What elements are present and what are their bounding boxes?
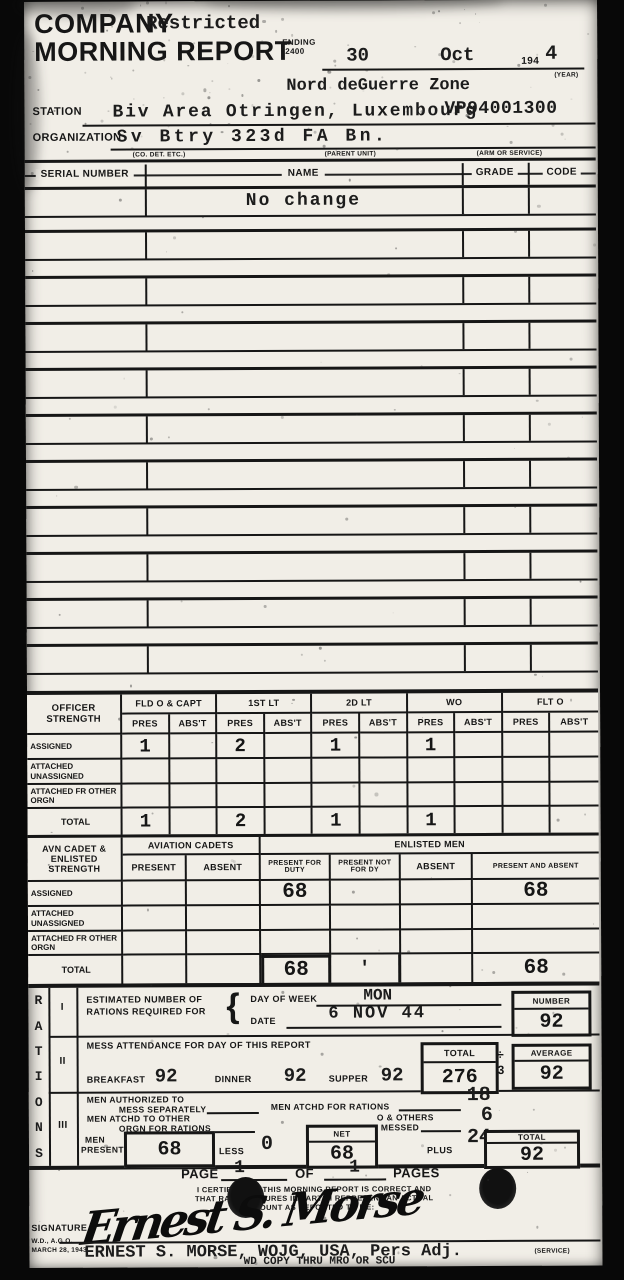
- roster-empty-row: [26, 366, 597, 399]
- officer-cell: [218, 784, 266, 808]
- enlisted-cell: [401, 954, 473, 982]
- officer-cell: [170, 808, 218, 834]
- officer-cell: [265, 808, 313, 834]
- supper-value: 92: [381, 1064, 404, 1086]
- rations-total-value: 92: [487, 1144, 577, 1167]
- officer-cell: [503, 733, 551, 758]
- enlisted-cell: [187, 931, 261, 955]
- location-code-stamp: VP94001300: [444, 99, 557, 119]
- officer-row-label-total: TOTAL: [28, 809, 123, 835]
- roster-empty-row: [25, 320, 596, 353]
- officer-cell: [551, 733, 599, 758]
- roster-empty-row: [27, 596, 598, 629]
- officer-cell: [360, 758, 408, 783]
- officer-cell: 1: [122, 734, 170, 759]
- rations-letter: O: [35, 1095, 43, 1110]
- officer-cell: [551, 807, 599, 833]
- enlisted-cell: 68: [261, 955, 331, 983]
- officer-cell: [170, 759, 218, 784]
- scan-smudge: [204, 0, 504, 11]
- officer-cell: [360, 807, 408, 833]
- officer-cell: [503, 758, 551, 783]
- officer-cell: [360, 783, 408, 807]
- restricted-stamp: Restricted: [146, 12, 260, 34]
- date-year-value: 4: [545, 43, 557, 66]
- punch-hole-right: [479, 1168, 516, 1209]
- officer-corner-label: OFFICER STRENGTH: [27, 695, 122, 735]
- organization-value: Sv Btry 323d FA Bn.: [117, 126, 389, 147]
- enlisted-row-label: ASSIGNED: [28, 882, 123, 907]
- enlisted-cell: [401, 905, 473, 930]
- enlisted-row-label: ATTACHED FR OTHER ORGN: [28, 932, 123, 956]
- number-box-label: NUMBER: [514, 994, 588, 1010]
- roster-empty-row: [27, 642, 598, 675]
- ending-time: 2400: [285, 48, 304, 57]
- officer-subhead-abst: ABS'T: [455, 713, 503, 733]
- officer-subhead-pres: PRES: [217, 714, 265, 734]
- enlisted-cell: [187, 955, 261, 983]
- enlisted-col-present: PRESENT: [123, 855, 187, 881]
- officer-cell: [408, 783, 456, 807]
- rations-date-value: 6 NOV 44: [328, 1004, 426, 1023]
- pages-number: 1: [349, 1158, 360, 1178]
- roster-entry-text: No change: [145, 190, 462, 211]
- rations-total-box: TOTAL 92: [484, 1130, 580, 1169]
- day-of-week-value: MON: [363, 986, 392, 1004]
- rations-letter: R: [34, 993, 42, 1008]
- roster-col-serial: SERIAL NUMBER: [25, 168, 145, 180]
- enlisted-cell: [331, 930, 401, 954]
- officer-group-2d-lt: 2D LT: [312, 693, 407, 713]
- men-present-box: 68: [124, 1131, 215, 1167]
- year-printed-prefix: 194: [521, 56, 539, 67]
- enlisted-cell: ': [331, 954, 401, 982]
- officer-cell: [551, 758, 599, 783]
- enlisted-cell: [123, 881, 187, 906]
- enlisted-cell: [123, 955, 187, 983]
- officer-row-label: ASSIGNED: [27, 735, 122, 760]
- page-number: 1: [234, 1158, 245, 1178]
- officer-cell: [503, 783, 551, 807]
- roster-empty-row: [26, 550, 597, 583]
- enlisted-cell: [123, 931, 187, 955]
- brace-glyph: {: [226, 987, 239, 1026]
- officer-group-wo: WO: [408, 693, 503, 713]
- enlisted-col-absent2: ABSENT: [401, 854, 473, 880]
- roster-empty-row: [26, 504, 597, 537]
- rations-letter: S: [35, 1146, 43, 1161]
- officer-cell: 2: [217, 734, 265, 759]
- rations-letter: I: [35, 1069, 43, 1084]
- officer-subhead-pres: PRES: [503, 713, 551, 733]
- enlisted-strength-table: AVN CADET & ENLISTED STRENGTH AVIATION C…: [28, 833, 600, 987]
- date-label: DATE: [250, 1017, 275, 1027]
- roster-header-row: SERIAL NUMBER NAME GRADE CODE: [25, 163, 596, 187]
- enlisted-cell: [261, 931, 331, 955]
- officer-cell: [170, 784, 218, 808]
- rations-numeral-1: I: [48, 1002, 76, 1013]
- org-sub-mid: (PARENT UNIT): [325, 150, 376, 157]
- of-label: OF: [295, 1167, 314, 1181]
- enlisted-corner-label: AVN CADET & ENLISTED STRENGTH: [28, 838, 123, 882]
- net-label: NET: [309, 1127, 375, 1142]
- officer-strength-table: OFFICER STRENGTH FLD O & CAPT 1ST LT 2D …: [27, 689, 599, 838]
- page-label: PAGE: [181, 1167, 219, 1181]
- enlisted-cell: [401, 880, 473, 905]
- enlisted-cell: [261, 906, 331, 931]
- average-box: AVERAGE 92: [512, 1044, 592, 1090]
- date-month-value: Oct: [440, 44, 474, 66]
- mess-attendance-title: MESS ATTENDANCE FOR DAY OF THIS REPORT: [87, 1041, 311, 1052]
- enlisted-row-label-total: TOTAL: [28, 956, 123, 984]
- enlisted-cell: 68: [473, 880, 599, 906]
- form-reference-line2: MARCH 28, 1943: [31, 1247, 87, 1254]
- officer-cell: 2: [218, 808, 266, 834]
- rations-vertical-label: RATIONS: [28, 988, 49, 1166]
- enlisted-cell: [123, 906, 187, 931]
- average-value: 92: [515, 1062, 589, 1087]
- enlisted-col-absent: ABSENT: [187, 855, 261, 881]
- enlisted-cell: [187, 906, 261, 931]
- form-reference-line1: W.D., A.G.O.: [31, 1238, 72, 1245]
- officer-cell: [265, 734, 313, 759]
- morning-report-form: COMPANY Restricted MORNING REPORT ENDING…: [24, 0, 603, 1268]
- officer-cell: [122, 759, 170, 784]
- signature-label: SIGNATURE: [31, 1224, 87, 1234]
- officer-group-fldo-capt: FLD O & CAPT: [122, 694, 217, 714]
- rations-est-label-2: RATIONS REQUIRED FOR: [86, 1007, 205, 1017]
- rations-numeral-3: III: [49, 1120, 77, 1131]
- divide-by-value: 3: [498, 1064, 505, 1077]
- enlisted-cell: [187, 881, 261, 906]
- plus-label: PLUS: [427, 1146, 453, 1156]
- officer-cell: [265, 784, 313, 808]
- officer-cell: [455, 733, 503, 758]
- less-label: LESS: [219, 1147, 244, 1157]
- divide-sign: ÷: [497, 1048, 505, 1062]
- rations-total-label: TOTAL: [487, 1133, 577, 1144]
- rations-est-label-1: ESTIMATED NUMBER OF: [86, 995, 202, 1005]
- routing-note: WD COPY THRU MRO OR SCU: [189, 1255, 449, 1268]
- officer-cell: [313, 784, 361, 808]
- officer-cell: 1: [313, 734, 361, 759]
- officer-cell: [170, 734, 218, 759]
- rations-number-box: NUMBER 92: [511, 991, 591, 1037]
- others-line2: MESSED: [381, 1123, 419, 1133]
- enlisted-col-present-for-duty: PRESENT FOR DUTY: [261, 855, 331, 881]
- officer-cell: [408, 758, 456, 783]
- officer-cell: 1: [123, 808, 171, 834]
- roster-empty-row: [26, 412, 597, 445]
- officer-row-label: ATTACHED UNASSIGNED: [27, 760, 122, 785]
- roster-col-name: NAME: [145, 167, 462, 179]
- officer-group-1st-lt: 1ST LT: [217, 694, 312, 714]
- enlisted-cell: 68: [261, 881, 331, 906]
- officer-cell: [265, 759, 313, 784]
- dinner-label: DINNER: [215, 1075, 252, 1085]
- enlisted-row-label: ATTACHED UNASSIGNED: [28, 907, 123, 932]
- others-messed-value: 6: [481, 1104, 493, 1127]
- supper-label: SUPPER: [329, 1075, 368, 1085]
- officer-cell: 1: [408, 807, 456, 833]
- officer-cell: [551, 783, 599, 807]
- officer-subhead-abst: ABS'T: [550, 713, 598, 733]
- officer-cell: [217, 759, 265, 784]
- enlisted-cell: 68: [473, 953, 599, 982]
- form-title-line2: MORNING REPORT: [34, 37, 292, 68]
- org-sub-left: (CO. DET. ETC.): [133, 151, 186, 158]
- less-value: 0: [261, 1133, 273, 1156]
- rations-letter: A: [35, 1019, 43, 1034]
- day-of-week-label: DAY OF WEEK: [250, 995, 317, 1005]
- officer-cell: 1: [408, 733, 456, 758]
- roster-entry-row: No change: [25, 188, 596, 218]
- service-sub-label: (SERVICE): [534, 1248, 569, 1255]
- officer-cell: [122, 784, 170, 808]
- officer-row-label: ATTACHED FR OTHER ORGN: [27, 785, 122, 809]
- officer-cell: [360, 733, 408, 758]
- officer-cell: [456, 783, 504, 807]
- breakfast-label: BREAKFAST: [87, 1075, 146, 1085]
- org-sub-right: (ARM OR SERVICE): [477, 150, 543, 157]
- officer-cell: [313, 759, 361, 784]
- rations-section: RATIONS I II III ESTIMATED NUMBER OF RAT…: [28, 981, 600, 1169]
- roster-empty-row: [25, 228, 596, 261]
- officer-subhead-abst: ABS'T: [360, 713, 408, 733]
- enlisted-cell: [331, 905, 401, 930]
- mess-total-label: TOTAL: [424, 1045, 496, 1063]
- roster-col-grade: GRADE: [462, 167, 528, 178]
- atchd-for-rations-label: MEN ATCHD FOR RATIONS: [271, 1102, 390, 1112]
- officer-subhead-pres: PRES: [312, 714, 360, 734]
- roster-empty-row: [26, 458, 597, 491]
- enlisted-cell: [473, 904, 599, 930]
- rations-letter: N: [35, 1120, 43, 1135]
- officer-subhead-pres: PRES: [122, 714, 170, 734]
- number-box-value: 92: [514, 1010, 588, 1034]
- officer-subhead-abst: ABS'T: [265, 714, 313, 734]
- roster-empty-rows: [25, 228, 598, 690]
- year-sub-label: (YEAR): [554, 72, 578, 79]
- rations-letter: T: [35, 1044, 43, 1059]
- officer-subhead-pres: PRES: [408, 713, 456, 733]
- officer-cell: [503, 807, 551, 833]
- officer-cell: [456, 807, 504, 833]
- men-present-value: 68: [157, 1138, 181, 1161]
- enlisted-col-present-not-for-duty: PRESENT NOT FOR DY: [331, 854, 401, 880]
- enlisted-cell: [331, 880, 401, 905]
- enlisted-col-present-and-absent: PRESENT AND ABSENT: [473, 854, 599, 881]
- enlisted-cell: [401, 930, 473, 954]
- officer-cell: 1: [313, 808, 361, 834]
- rations-numeral-2: II: [49, 1056, 77, 1067]
- dinner-value: 92: [284, 1065, 307, 1087]
- censor-zone-stamp: Nord deGuerre Zone: [286, 76, 470, 96]
- enlisted-group-enlisted-men: ENLISTED MEN: [261, 836, 599, 855]
- officer-cell: [455, 758, 503, 783]
- men-present-label-2: PRESENT: [81, 1146, 124, 1156]
- station-value: Biv Area Otringen, Luxembourg: [112, 101, 478, 123]
- roster-col-code: CODE: [528, 167, 596, 178]
- officer-subhead-abst: ABS'T: [170, 714, 218, 734]
- enlisted-cell: [473, 929, 599, 954]
- enlisted-group-cadets: AVIATION CADETS: [123, 837, 261, 856]
- roster-empty-row: [25, 274, 596, 307]
- average-label: AVERAGE: [515, 1047, 589, 1062]
- date-day-value: 30: [346, 44, 369, 66]
- breakfast-value: 92: [155, 1065, 178, 1087]
- officer-group-flt-o: FLT O: [503, 693, 598, 713]
- organization-label: ORGANIZATION: [33, 132, 122, 144]
